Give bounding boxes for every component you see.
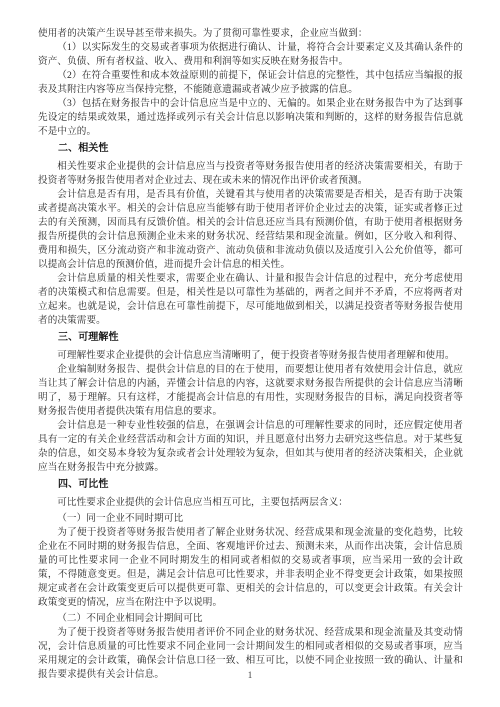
section-heading: 二、相关性 [38, 142, 463, 156]
document-paragraph-continuation: 使用者的决策产生误导甚至带来损失。为了贯彻可靠性要求，企业应当做到： [38, 27, 463, 41]
document-paragraph: （1）以实际发生的交易或者事项为依据进行确认、计量，将符合会计要素定义及其确认条… [38, 41, 463, 69]
sub-heading: （一）同一企业不同时期可比 [38, 512, 463, 526]
document-paragraph: 企业编制财务报告、提供会计信息的目的在于使用，而要想让使用者有效使用会计信息，就… [38, 363, 463, 419]
document-paragraph: 为了便于投资者等财务报告使用者了解企业财务状况、经营成果和现金流量的变化趋势，比… [38, 526, 463, 610]
document-paragraph: （3）包括在财务报告中的会计信息应当是中立的、无偏的。如果企业在财务报告中为了达… [38, 97, 463, 139]
document-page: 使用者的决策产生误导甚至带来损失。为了贯彻可靠性要求，企业应当做到：（1）以实际… [0, 0, 500, 707]
document-body: 使用者的决策产生误导甚至带来损失。为了贯彻可靠性要求，企业应当做到：（1）以实际… [38, 27, 463, 682]
document-paragraph: 会计信息是否有用，是否具有价值，关键看其与使用者的决策需要是否相关，是否有助于决… [38, 188, 463, 272]
document-paragraph: 可理解性要求企业提供的会计信息应当清晰明了，便于投资者等财务报告使用者理解和使用… [38, 349, 463, 363]
document-paragraph: 可比性要求企业提供的会计信息应当相互可比，主要包括两层含义： [38, 496, 463, 510]
document-paragraph: 会计信息质量的相关性要求，需要企业在确认、计量和报告会计信息的过程中，充分考虑使… [38, 272, 463, 328]
sub-heading: （二）不同企业相同会计期间可比 [38, 612, 463, 626]
document-paragraph: 相关性要求企业提供的会计信息应当与投资者等财务报告使用者的经济决策需要相关，有助… [38, 160, 463, 188]
document-paragraph: （2）在符合重要性和成本效益原则的前提下，保证会计信息的完整性，其中包括应当编报… [38, 69, 463, 97]
section-heading: 三、可理解性 [38, 331, 463, 345]
page-number: 1 [0, 670, 500, 680]
document-paragraph: 会计信息是一种专业性较强的信息，在强调会计信息的可理解性要求的同时，还应假定使用… [38, 419, 463, 475]
section-heading: 四、可比性 [38, 478, 463, 492]
